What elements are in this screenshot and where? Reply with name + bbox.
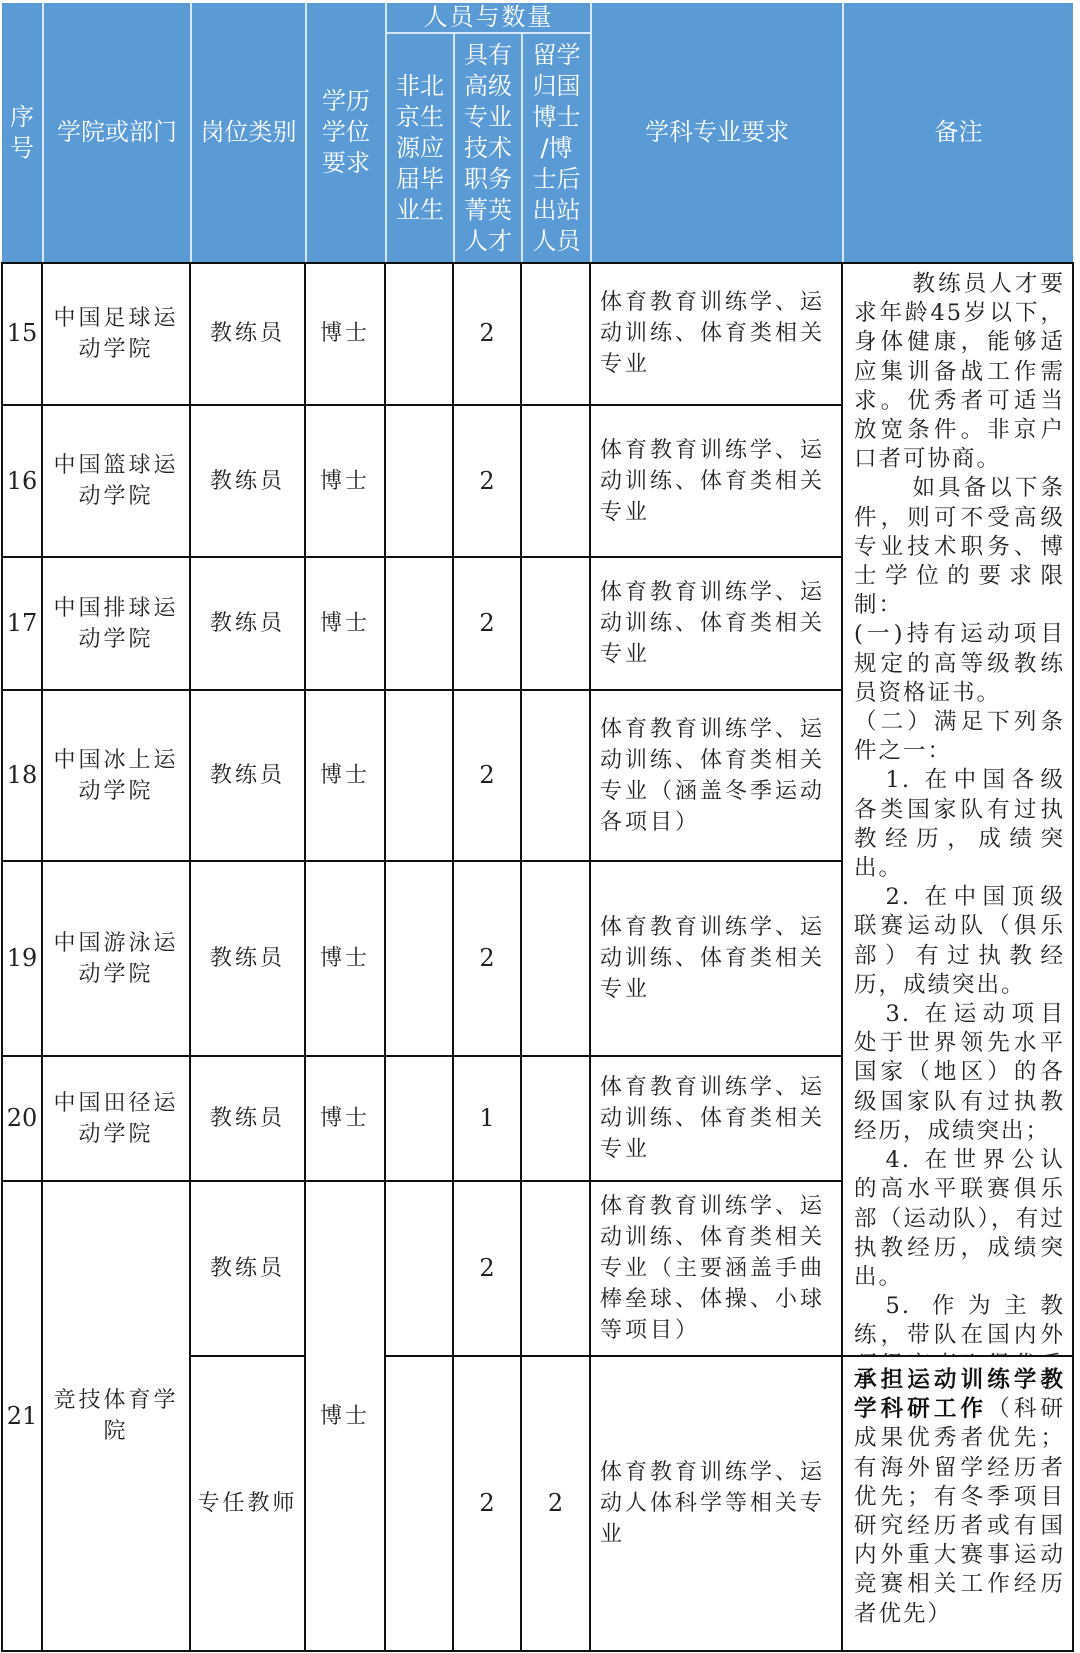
grid-hline (1, 1650, 1074, 1652)
grid-hline (1, 556, 843, 558)
header-divider (42, 3, 44, 262)
row-dept: 中国游泳运 动学院 (42, 861, 190, 1056)
row-subject: 体育教育训练学、运动训练、体育类相关专业 (590, 1056, 842, 1181)
row-dept-label: 中国冰上运 动学院 (53, 745, 178, 807)
row-post-type: 教练员 (190, 405, 305, 557)
header-quota-senior: 具有 高级 专业 技术 职务 菁英 人才 (455, 34, 521, 262)
header-divider (305, 3, 307, 262)
grid-hline (1, 404, 843, 406)
notes-coach-p3: (一)持有运动项目规定的高等级教练员资格证书。 (854, 620, 1065, 708)
row-degree: 博士 (305, 690, 385, 861)
row-dept: 中国田径运 动学院 (42, 1056, 190, 1181)
header-quota-group-label: 人员与数量 (424, 2, 554, 33)
grid-vline (1072, 262, 1074, 1652)
header-quota-nonbj: 非北 京生 源应 届毕 业生 (387, 34, 453, 262)
row-seq: 21 (2, 1181, 42, 1651)
row-quota-senior: 2 (453, 262, 521, 405)
row-subject: 体育教育训练学、运动人体科学等相关专业 (590, 1356, 842, 1651)
row-quota-senior: 1 (453, 1056, 521, 1181)
row-post-type: 教练员 (190, 690, 305, 861)
row-quota-returnee (521, 557, 590, 690)
header-divider (521, 34, 523, 262)
header-quota-returnee: 留学 归国 博士 /博 士后 出站 人员 (523, 34, 590, 262)
row-quota-senior: 2 (453, 1356, 521, 1651)
row-post-type: 教练员 (190, 557, 305, 690)
header-seq-label: 序 号 (10, 102, 34, 164)
row-quota-nonbj (385, 262, 453, 405)
row-degree: 博士 (305, 557, 385, 690)
grid-hline (384, 1355, 1074, 1357)
header-post-type-label: 岗位类别 (201, 117, 297, 148)
notes-coach: 教练员人才要求年龄45岁以下，身体健康，能够适应集训备战工作需求。优秀者可适当放… (844, 264, 1073, 1356)
row-quota-senior: 2 (453, 690, 521, 861)
row-quota-returnee (521, 1056, 590, 1181)
row-dept-label: 中国排球运 动学院 (53, 593, 178, 655)
notes-coach-p8: 4. 在世界公认的高水平联赛俱乐部（运动队），有过执教经历，成绩突出。 (854, 1146, 1065, 1292)
header-notes-label: 备注 (935, 117, 983, 148)
row-seq: 19 (2, 861, 42, 1056)
row-quota-nonbj (385, 405, 453, 557)
header-notes: 备注 (844, 3, 1073, 262)
row-dept: 中国冰上运 动学院 (42, 690, 190, 861)
row-degree: 博士 (305, 1181, 385, 1651)
grid-vline (841, 262, 843, 1652)
row-quota-returnee (521, 1181, 590, 1356)
row-post-type: 专任教师 (190, 1356, 305, 1651)
row-quota-returnee: 2 (521, 1356, 590, 1651)
row-subject: 体育教育训练学、运动训练、体育类相关专业（涵盖冬季运动各项目） (590, 690, 842, 861)
row-dept: 中国篮球运 动学院 (42, 405, 190, 557)
row-dept: 竞技体育学 院 (42, 1181, 190, 1651)
grid-hline (189, 1355, 306, 1357)
notes-coach-p2: 如具备以下条件，则可不受高级专业技术职务、博士学位的要求限制： (854, 474, 1065, 620)
notes-coach-p1: 教练员人才要求年龄45岁以下，身体健康，能够适应集训备战工作需求。优秀者可适当放… (854, 270, 1065, 474)
row-quota-nonbj (385, 690, 453, 861)
row-degree: 博士 (305, 861, 385, 1056)
row-quota-senior: 2 (453, 557, 521, 690)
header-quota-senior-label: 具有 高级 专业 技术 职务 菁英 人才 (464, 40, 512, 257)
header-divider (590, 3, 592, 262)
grid-vline (589, 262, 591, 1652)
header-divider (190, 3, 192, 262)
header-degree-label: 学历 学位 要求 (322, 86, 370, 179)
row-quota-nonbj (385, 1356, 453, 1651)
row-dept-label: 中国游泳运 动学院 (53, 928, 178, 990)
notes-teacher-rest: （科研成果优秀者优先；有海外留学经历者优先；有冬季项目研究经历者或有国内外重大赛… (854, 1396, 1065, 1626)
row-quota-nonbj (385, 557, 453, 690)
grid-hline (1, 1180, 843, 1182)
notes-coach-p4: （二）满足下列条件之一： (854, 708, 1065, 766)
grid-hline (1, 860, 843, 862)
row-quota-nonbj (385, 861, 453, 1056)
header-divider (385, 3, 387, 262)
row-dept-label: 中国篮球运 动学院 (53, 450, 178, 512)
row-dept-label: 中国田径运 动学院 (53, 1088, 178, 1150)
notes-coach-p6: 2. 在中国顶级联赛运动队（俱乐部）有过执教经历，成绩突出。 (854, 883, 1065, 1000)
row-post-type: 教练员 (190, 1181, 305, 1356)
row-seq: 18 (2, 690, 42, 861)
grid-vline (452, 262, 454, 1652)
header-quota-returnee-label: 留学 归国 博士 /博 士后 出站 人员 (533, 40, 581, 257)
row-quota-returnee (521, 690, 590, 861)
row-seq: 16 (2, 405, 42, 557)
row-dept: 中国足球运 动学院 (42, 262, 190, 405)
notes-coach-p9: 5. 作为主教练，带队在国内外顶级赛事取得优秀名次 (854, 1292, 1065, 1356)
row-post-type: 教练员 (190, 1056, 305, 1181)
grid-vline (520, 262, 522, 1652)
row-dept-label: 中国足球运 动学院 (53, 303, 178, 365)
header-seq: 序 号 (2, 3, 42, 262)
row-seq: 17 (2, 557, 42, 690)
notes-teacher-text: 承担运动训练学教学科研工作（科研成果优秀者优先；有海外留学经历者优先；有冬季项目… (854, 1366, 1065, 1629)
grid-hline (1, 1055, 843, 1057)
row-quota-returnee (521, 405, 590, 557)
row-post-type: 教练员 (190, 861, 305, 1056)
row-quota-nonbj (385, 1056, 453, 1181)
row-subject: 体育教育训练学、运动训练、体育类相关专业 (590, 262, 842, 405)
header-quota-nonbj-label: 非北 京生 源应 届毕 业生 (396, 71, 444, 226)
header-post-type: 岗位类别 (192, 3, 305, 262)
header-divider (842, 3, 844, 262)
row-degree: 博士 (305, 405, 385, 557)
row-quota-returnee (521, 262, 590, 405)
header-divider (453, 34, 455, 262)
row-seq: 15 (2, 262, 42, 405)
row-subject: 体育教育训练学、运动训练、体育类相关专业 (590, 405, 842, 557)
grid-vline (1, 262, 3, 1652)
header-dept-label: 学院或部门 (57, 117, 177, 148)
header-subject-label: 学科专业要求 (645, 117, 789, 148)
header-subject: 学科专业要求 (592, 3, 842, 262)
row-seq: 20 (2, 1056, 42, 1181)
row-post-type: 教练员 (190, 262, 305, 405)
grid-vline (189, 262, 191, 1652)
row-dept: 中国排球运 动学院 (42, 557, 190, 690)
row-subject: 体育教育训练学、运动训练、体育类相关专业 (590, 861, 842, 1056)
grid-hline (1, 262, 1074, 264)
notes-coach-p7: 3. 在运动项目处于世界领先水平国家（地区）的各级国家队有过执教经历，成绩突出； (854, 1000, 1065, 1146)
row-quota-senior: 2 (453, 405, 521, 557)
row-quota-nonbj (385, 1181, 453, 1356)
row-subject: 体育教育训练学、运动训练、体育类相关专业（主要涵盖手曲棒垒球、体操、小球等项目） (590, 1181, 842, 1356)
row-degree: 博士 (305, 1056, 385, 1181)
notes-teacher: 承担运动训练学教学科研工作（科研成果优秀者优先；有海外留学经历者优先；有冬季项目… (844, 1358, 1073, 1651)
header-dept: 学院或部门 (44, 3, 190, 262)
row-quota-senior: 2 (453, 861, 521, 1056)
grid-hline (1, 689, 843, 691)
row-dept-label: 竞技体育学 院 (53, 1385, 178, 1447)
row-degree: 博士 (305, 262, 385, 405)
row-subject: 体育教育训练学、运动训练、体育类相关专业 (590, 557, 842, 690)
header-quota-group: 人员与数量 (387, 3, 590, 32)
grid-vline (41, 262, 43, 1652)
notes-coach-p5: 1. 在中国各级各类国家队有过执教经历，成绩突出。 (854, 766, 1065, 883)
grid-vline (304, 262, 306, 1652)
header-degree: 学历 学位 要求 (307, 3, 385, 262)
grid-vline (384, 262, 386, 1652)
row-quota-senior: 2 (453, 1181, 521, 1356)
header-divider (387, 32, 590, 34)
row-quota-returnee (521, 861, 590, 1056)
